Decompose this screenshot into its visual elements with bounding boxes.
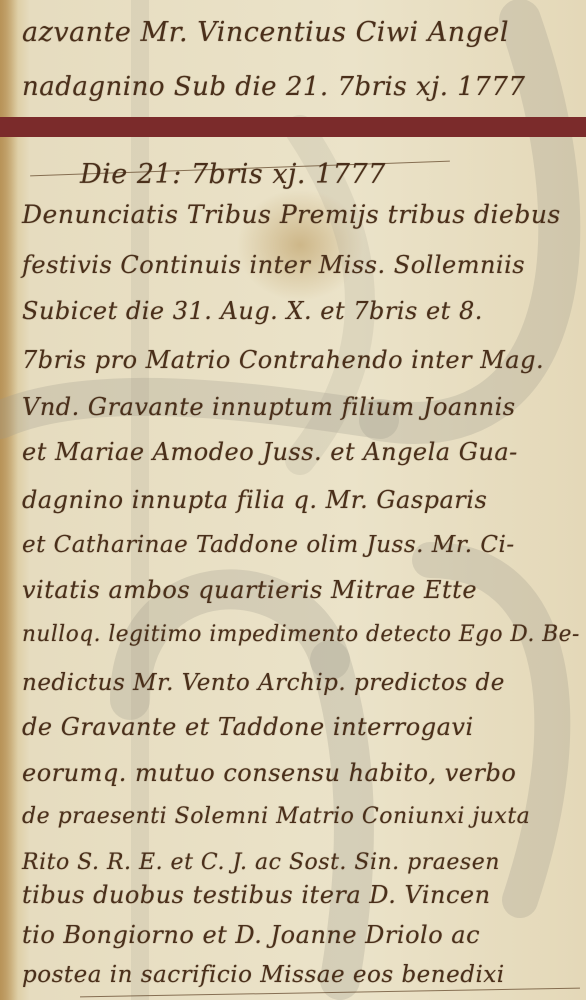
manuscript-line-4: Denunciatis Tribus Premijs tribus diebus (22, 200, 561, 230)
manuscript-line-11: et Catharinae Taddone olim Juss. Mr. Ci- (22, 530, 515, 560)
manuscript-line-9: et Mariae Amodeo Juss. et Angela Gua- (22, 437, 518, 467)
manuscript-line-21: postea in sacrificio Missae eos benedixi (22, 960, 505, 990)
manuscript-line-16: eorumq. mutuo consensu habito, verbo (22, 758, 516, 788)
manuscript-line-6: Subicet die 31. Aug. X. et 7bris et 8. (22, 296, 483, 326)
manuscript-line-5: festivis Continuis inter Miss. Sollemnii… (22, 250, 525, 280)
manuscript-line-15: de Gravante et Taddone interrogavi (22, 712, 474, 742)
manuscript-line-18: Rito S. R. E. et C. J. ac Sost. Sin. pra… (22, 848, 500, 878)
manuscript-line-13: nulloq. legitimo impedimento detecto Ego… (22, 620, 580, 650)
manuscript-page: azvante Mr. Vincentius Ciwi Angel nadagn… (0, 0, 586, 1000)
manuscript-line-10: dagnino innupta filia q. Mr. Gasparis (22, 485, 487, 515)
manuscript-line-14: nedictus Mr. Vento Archip. predictos de (22, 668, 505, 698)
manuscript-line-19: tibus duobus testibus itera D. Vincen (22, 880, 491, 910)
manuscript-line-7: 7bris pro Matrio Contrahendo inter Mag. (22, 345, 544, 375)
manuscript-line-20: tio Bongiorno et D. Joanne Driolo ac (22, 920, 480, 950)
manuscript-line-1: azvante Mr. Vincentius Ciwi Angel (22, 18, 509, 48)
manuscript-heading-date: Die 21: 7bris xj. 1777 (80, 160, 386, 190)
manuscript-line-17: de praesenti Solemni Matrio Coniunxi jux… (22, 802, 530, 832)
manuscript-line-8: Vnd. Gravante innuptum filium Joannis (22, 392, 516, 422)
red-divider-band (0, 117, 586, 137)
page-edge-shadow (0, 0, 18, 1000)
manuscript-line-2: nadagnino Sub die 21. 7bris xj. 1777 (22, 72, 525, 102)
manuscript-line-12: vitatis ambos quartieris Mitrae Ette (22, 575, 477, 605)
